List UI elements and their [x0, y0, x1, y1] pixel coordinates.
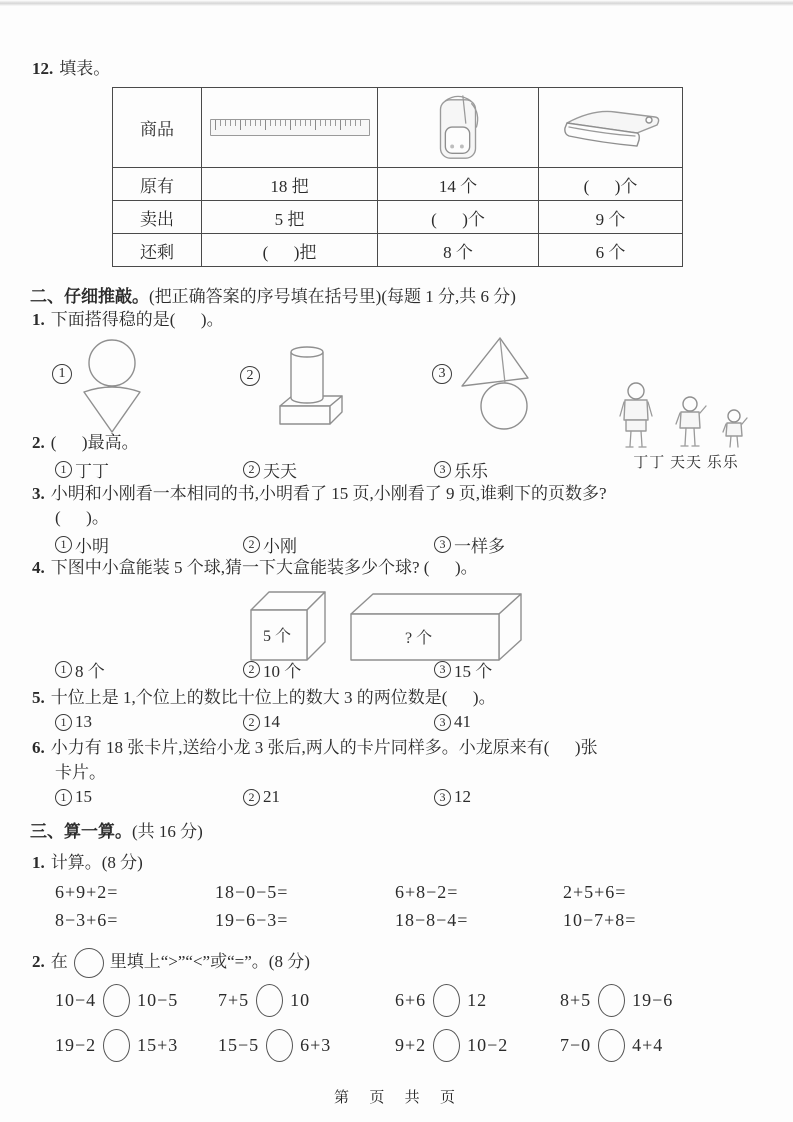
- q2-option-3: 3乐乐: [434, 457, 488, 482]
- q5-text: 十位上是 1,个位上的数比十位上的数大 3 的两位数是( )。: [51, 688, 496, 707]
- comparison-circle: [103, 1029, 130, 1062]
- compare-left: 10−4: [55, 990, 96, 1011]
- q3-text-line1: 3.小明和小刚看一本相同的书,小明看了 15 页,小刚看了 9 页,谁剩下的页数…: [32, 483, 607, 505]
- table-cell-pencil-case: [539, 88, 683, 168]
- table-row-sold: 卖出 5 把 ( )个 9 个: [113, 201, 683, 234]
- q6-number: 6.: [32, 738, 45, 757]
- q3-number: 3.: [32, 484, 45, 503]
- worksheet-page: 12.填表。 商品: [0, 0, 793, 1122]
- q3-text-line2: ( )。: [55, 507, 109, 529]
- circled-number: 2: [243, 461, 260, 478]
- section3-title: 三、算一算。: [30, 822, 132, 841]
- circled-number: 3: [434, 661, 451, 678]
- circled-number: 1: [55, 461, 72, 478]
- option-label: 天天: [263, 457, 297, 482]
- q2-text: ( )最高。: [51, 433, 139, 452]
- compare-item: 8+519−6: [560, 984, 673, 1017]
- cylinder-on-cuboid-image: [266, 342, 346, 430]
- comparison-circle: [256, 984, 283, 1017]
- compare-right: 12: [467, 990, 487, 1011]
- calc-expression: 6+8−2=: [395, 882, 458, 903]
- table-cell-blank: ( )把: [202, 234, 378, 267]
- compare-left: 7−0: [560, 1035, 591, 1056]
- compare-row-2: 19−215+3 15−56+3 9+210−2 7−04+4: [0, 1029, 793, 1069]
- q6-text-line1: 6.小力有 18 张卡片,送给小龙 3 张后,两人的卡片同样多。小龙原来有( )…: [32, 737, 598, 759]
- option-label: 丁丁: [75, 457, 109, 482]
- compare-left: 9+2: [395, 1035, 426, 1056]
- s3q2-post: 里填上“>”“<”或“=”。(8 分): [110, 952, 310, 971]
- calc-expression: 10−7+8=: [563, 910, 636, 931]
- option-label: 15 个: [454, 657, 492, 682]
- q5-text-line: 5.十位上是 1,个位上的数比十位上的数大 3 的两位数是( )。: [32, 687, 496, 709]
- compare-left: 8+5: [560, 990, 591, 1011]
- calc-expression: 19−6−3=: [215, 910, 288, 931]
- table-cell: 6 个: [539, 234, 683, 267]
- table-cell-ruler: [202, 88, 378, 168]
- ball-on-cone-image: [80, 336, 144, 434]
- calc-expression: 2+5+6=: [563, 882, 626, 903]
- fill-table: 商品: [112, 87, 683, 267]
- s3q2-pre: 在: [51, 952, 68, 971]
- calc-row-1: 6+9+2= 18−0−5= 6+8−2= 2+5+6=: [0, 882, 793, 910]
- pencil-case-image: [555, 105, 667, 151]
- s3q2-number: 2.: [32, 952, 45, 971]
- ruler-image: [210, 119, 370, 136]
- q5-option-3: 341: [434, 712, 471, 732]
- q5-options-row: 113 214 341: [0, 712, 793, 740]
- circled-number: 2: [243, 789, 260, 806]
- table-cell: 9 个: [539, 201, 683, 234]
- page-footer: 第 页 共 页: [0, 1086, 793, 1107]
- compare-right: 10: [290, 990, 310, 1011]
- q4-text-line: 4.下图中小盒能装 5 个球,猜一下大盒能装多少个球? ( )。: [32, 557, 478, 579]
- q6-text: 小力有 18 张卡片,送给小龙 3 张后,两人的卡片同样多。小龙原来有( )张: [51, 738, 598, 757]
- circled-number: 2: [243, 536, 260, 553]
- comparison-circle: [433, 1029, 460, 1062]
- q2-options-row: 1丁丁 2天天 3乐乐: [0, 457, 793, 485]
- calc-expression: 8−3+6=: [55, 910, 118, 931]
- q3-option-2: 2小刚: [243, 532, 297, 557]
- q12-title: 12.填表。: [32, 58, 110, 80]
- option-label: 41: [454, 712, 471, 732]
- option-label: 小刚: [263, 532, 297, 557]
- small-box-label: 5 个: [263, 627, 291, 645]
- small-box-image: 5 个: [251, 592, 325, 660]
- circled-number: 3: [434, 789, 451, 806]
- table-cell-blank: ( )个: [539, 168, 683, 201]
- circled-number: 1: [55, 714, 72, 731]
- option-label: 14: [263, 712, 280, 732]
- q6-option-3: 312: [434, 787, 471, 807]
- compare-right: 4+4: [632, 1035, 663, 1056]
- q12-title-text: 填表。: [59, 59, 110, 78]
- table-cell: 5 把: [202, 201, 378, 234]
- s3q1-text: 计算。(8 分): [51, 853, 143, 872]
- section2-subtitle: (把正确答案的序号填在括号里)(每题 1 分,共 6 分): [149, 287, 516, 306]
- circled-number: 3: [434, 461, 451, 478]
- q2-option-1: 1丁丁: [55, 457, 109, 482]
- answer-circle: [74, 948, 104, 978]
- circled-number: 2: [243, 661, 260, 678]
- table-cell-blank: ( )个: [378, 201, 539, 234]
- option-label: 10 个: [263, 657, 301, 682]
- circled-number: 2: [243, 714, 260, 731]
- table-row-products: 商品: [113, 88, 683, 168]
- compare-item: 10−410−5: [55, 984, 178, 1017]
- circled-number: 1: [55, 789, 72, 806]
- option-label: 21: [263, 787, 280, 807]
- compare-right: 15+3: [137, 1035, 178, 1056]
- q2-option-2: 2天天: [243, 457, 297, 482]
- backpack-image: [432, 92, 484, 164]
- s3q2-text-line: 2.在里填上“>”“<”或“=”。(8 分): [32, 946, 310, 978]
- q3-text: 小明和小刚看一本相同的书,小明看了 15 页,小刚看了 9 页,谁剩下的页数多?: [51, 484, 607, 503]
- compare-right: 6+3: [300, 1035, 331, 1056]
- q6-options-row: 115 221 312: [0, 787, 793, 815]
- q2-text-line: 2.( )最高。: [32, 432, 139, 454]
- q3-option-1: 1小明: [55, 532, 109, 557]
- q5-number: 5.: [32, 688, 45, 707]
- compare-item: 6+612: [395, 984, 487, 1017]
- q2-number: 2.: [32, 433, 45, 452]
- comparison-circle: [103, 984, 130, 1017]
- compare-right: 10−5: [137, 990, 178, 1011]
- q12-number: 12.: [32, 59, 53, 78]
- compare-left: 15−5: [218, 1035, 259, 1056]
- big-box-image: ? 个: [351, 594, 521, 660]
- table-cell-backpack: [378, 88, 539, 168]
- q5-option-1: 113: [55, 712, 92, 732]
- circled-number: 3: [434, 714, 451, 731]
- q1-text-line: 1.下面搭得稳的是( )。: [32, 309, 224, 331]
- option-label: 8 个: [75, 657, 105, 682]
- compare-left: 19−2: [55, 1035, 96, 1056]
- compare-item: 19−215+3: [55, 1029, 178, 1062]
- calc-expression: 18−0−5=: [215, 882, 288, 903]
- circled-number-3: 3: [432, 364, 452, 384]
- option-label: 乐乐: [454, 457, 488, 482]
- calc-row-2: 8−3+6= 19−6−3= 18−8−4= 10−7+8=: [0, 910, 793, 938]
- q3-options-row: 1小明 2小刚 3一样多: [0, 532, 793, 560]
- circled-number: 1: [55, 661, 72, 678]
- comparison-circle: [598, 984, 625, 1017]
- option-label: 12: [454, 787, 471, 807]
- compare-right: 10−2: [467, 1035, 508, 1056]
- q4-number: 4.: [32, 558, 45, 577]
- q6-text-line2: 卡片。: [55, 762, 106, 784]
- comparison-circle: [433, 984, 460, 1017]
- s3q1-text-line: 1.计算。(8 分): [32, 852, 143, 874]
- scan-edge-shadow: [0, 0, 793, 6]
- table-corner-label: 商品: [113, 88, 202, 168]
- q4-option-1: 18 个: [55, 657, 105, 682]
- q4-text: 下图中小盒能装 5 个球,猜一下大盒能装多少个球? ( )。: [51, 558, 478, 577]
- compare-left: 7+5: [218, 990, 249, 1011]
- calc-expression: 18−8−4=: [395, 910, 468, 931]
- compare-right: 19−6: [632, 990, 673, 1011]
- s3q1-number: 1.: [32, 853, 45, 872]
- q5-option-2: 214: [243, 712, 280, 732]
- pyramid-on-sphere-image: [458, 336, 538, 432]
- comparison-circle: [266, 1029, 293, 1062]
- circled-number: 1: [55, 536, 72, 553]
- q6-option-1: 115: [55, 787, 92, 807]
- circled-number-2: 2: [240, 366, 260, 386]
- option-label: 一样多: [454, 532, 505, 557]
- compare-row-1: 10−410−5 7+510 6+612 8+519−6: [0, 984, 793, 1024]
- table-cell: 8 个: [378, 234, 539, 267]
- kids-height-image: [612, 382, 762, 450]
- compare-item: 7−04+4: [560, 1029, 663, 1062]
- table-row-original: 原有 18 把 14 个 ( )个: [113, 168, 683, 201]
- circled-number: 3: [434, 536, 451, 553]
- calc-expression: 6+9+2=: [55, 882, 118, 903]
- section3-subtitle: (共 16 分): [132, 822, 203, 841]
- circled-number-1: 1: [52, 364, 72, 384]
- q4-option-2: 210 个: [243, 657, 301, 682]
- row-label: 卖出: [113, 201, 202, 234]
- table-cell: 14 个: [378, 168, 539, 201]
- comparison-circle: [598, 1029, 625, 1062]
- q4-options-row: 18 个 210 个 315 个: [0, 657, 793, 685]
- big-box-label: ? 个: [405, 629, 432, 647]
- q6-option-2: 221: [243, 787, 280, 807]
- compare-item: 9+210−2: [395, 1029, 508, 1062]
- q1-text: 下面搭得稳的是( )。: [51, 310, 224, 329]
- section2-title: 二、仔细推敲。: [30, 287, 149, 306]
- compare-item: 7+510: [218, 984, 310, 1017]
- q1-number: 1.: [32, 310, 45, 329]
- compare-left: 6+6: [395, 990, 426, 1011]
- section2-heading: 二、仔细推敲。(把正确答案的序号填在括号里)(每题 1 分,共 6 分): [30, 286, 516, 308]
- option-label: 13: [75, 712, 92, 732]
- q4-option-3: 315 个: [434, 657, 492, 682]
- table-cell: 18 把: [202, 168, 378, 201]
- section3-heading: 三、算一算。(共 16 分): [30, 821, 203, 843]
- option-label: 小明: [75, 532, 109, 557]
- compare-item: 15−56+3: [218, 1029, 331, 1062]
- option-label: 15: [75, 787, 92, 807]
- table-row-remaining: 还剩 ( )把 8 个 6 个: [113, 234, 683, 267]
- q3-option-3: 3一样多: [434, 532, 505, 557]
- row-label: 还剩: [113, 234, 202, 267]
- boxes-image: 5 个 ? 个: [233, 586, 525, 666]
- row-label: 原有: [113, 168, 202, 201]
